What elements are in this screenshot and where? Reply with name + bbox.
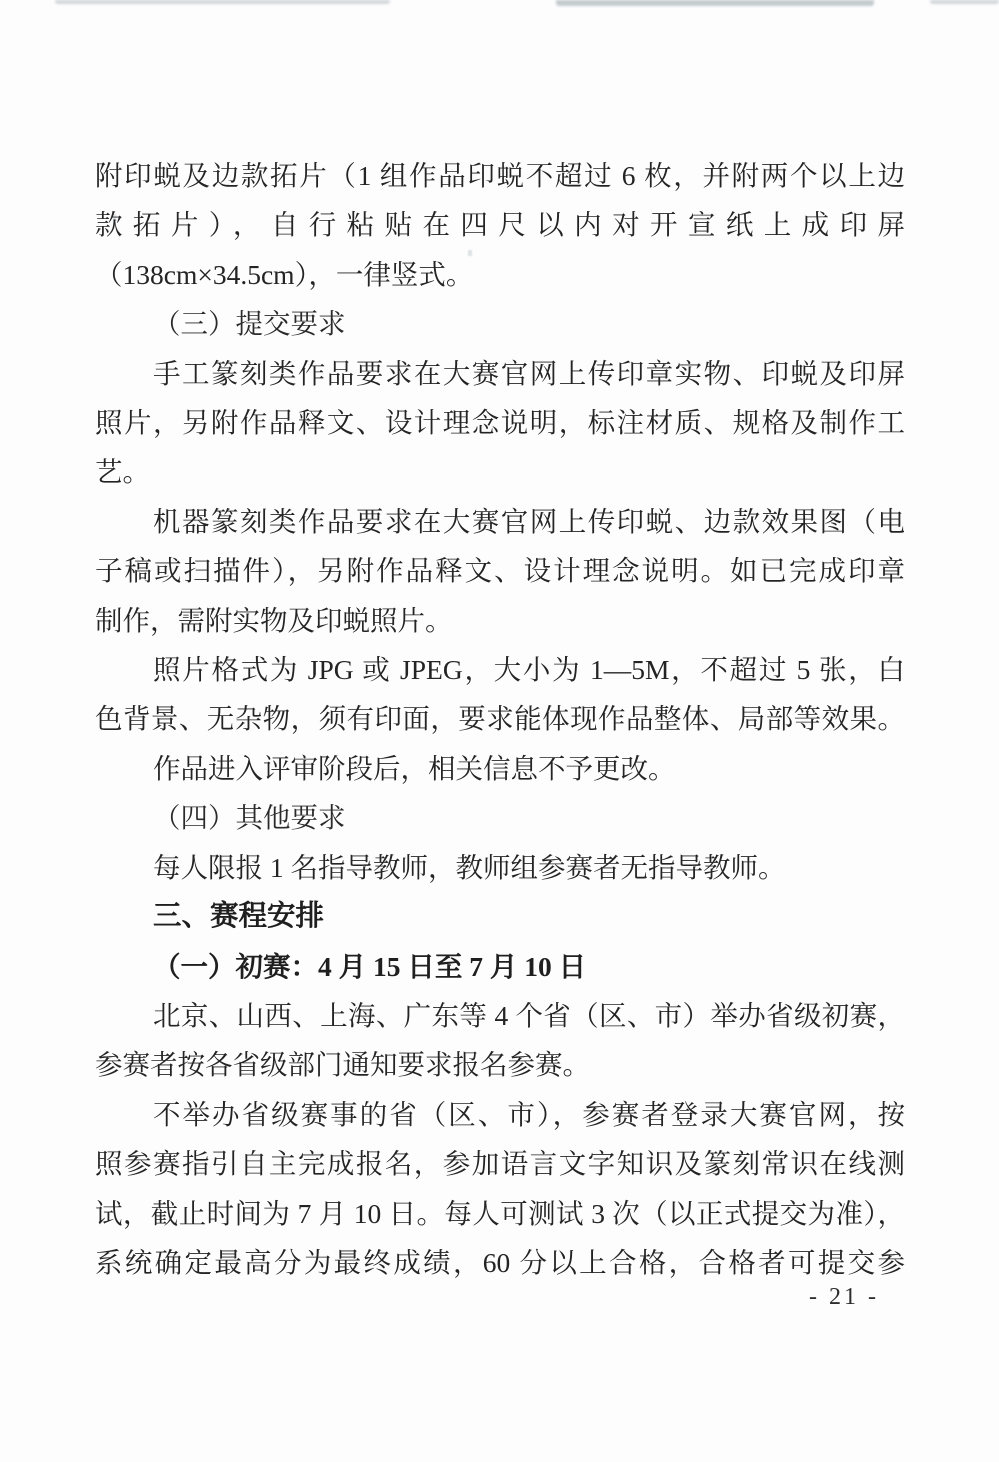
body-line: 款拓片），自行粘贴在四尺以内对开宣纸上成印屏	[95, 200, 905, 249]
section-heading-other-requirements: （四）其他要求	[95, 793, 905, 842]
body-line: 照片，另附作品释文、设计理念说明，标注材质、规格及制作工	[95, 398, 905, 447]
scanned-document-page: 附印蜕及边款拓片（1 组作品印蜕不超过 6 枚，并附两个以上边 款拓片），自行粘…	[0, 0, 999, 1462]
body-line: 作品进入评审阶段后，相关信息不予更改。	[95, 744, 905, 793]
body-line: 附印蜕及边款拓片（1 组作品印蜕不超过 6 枚，并附两个以上边	[95, 151, 905, 200]
body-line: 照参赛指引自主完成报名，参加语言文字知识及篆刻常识在线测	[95, 1139, 905, 1188]
body-line: 系统确定最高分为最终成绩，60 分以上合格，合格者可提交参	[95, 1238, 905, 1287]
body-line: 色背景、无杂物，须有印面，要求能体现作品整体、局部等效果。	[95, 694, 905, 743]
body-line: 参赛者按各省级部门通知要求报名参赛。	[95, 1040, 905, 1089]
body-line: （138cm×34.5cm），一律竖式。	[95, 250, 905, 299]
scan-artifact	[930, 0, 999, 4]
body-line: 子稿或扫描件），另附作品释文、设计理念说明。如已完成印章	[95, 546, 905, 595]
subsection-heading-preliminary-round: （一）初赛：4 月 15 日至 7 月 10 日	[95, 942, 905, 991]
chapter-heading-schedule: 三、赛程安排	[95, 892, 905, 941]
body-line: 每人限报 1 名指导教师，教师组参赛者无指导教师。	[95, 843, 905, 892]
page-number: - 21 -	[809, 1284, 879, 1311]
scan-artifact	[55, 0, 390, 4]
section-heading-submission-requirements: （三）提交要求	[95, 299, 905, 348]
body-line: 艺。	[95, 447, 905, 496]
body-line: 北京、山西、上海、广东等 4 个省（区、市）举办省级初赛，	[95, 991, 905, 1040]
body-line: 照片格式为 JPG 或 JPEG，大小为 1—5M，不超过 5 张，白	[95, 645, 905, 694]
body-line: 不举办省级赛事的省（区、市），参赛者登录大赛官网，按	[95, 1090, 905, 1139]
body-line: 制作，需附实物及印蜕照片。	[95, 596, 905, 645]
scan-artifact	[556, 0, 874, 6]
body-line: 机器篆刻类作品要求在大赛官网上传印蜕、边款效果图（电	[95, 497, 905, 546]
body-line: 手工篆刻类作品要求在大赛官网上传印章实物、印蜕及印屏	[95, 349, 905, 398]
document-body: 附印蜕及边款拓片（1 组作品印蜕不超过 6 枚，并附两个以上边 款拓片），自行粘…	[95, 151, 905, 1287]
body-line: 试，截止时间为 7 月 10 日。每人可测试 3 次（以正式提交为准），	[95, 1189, 905, 1238]
